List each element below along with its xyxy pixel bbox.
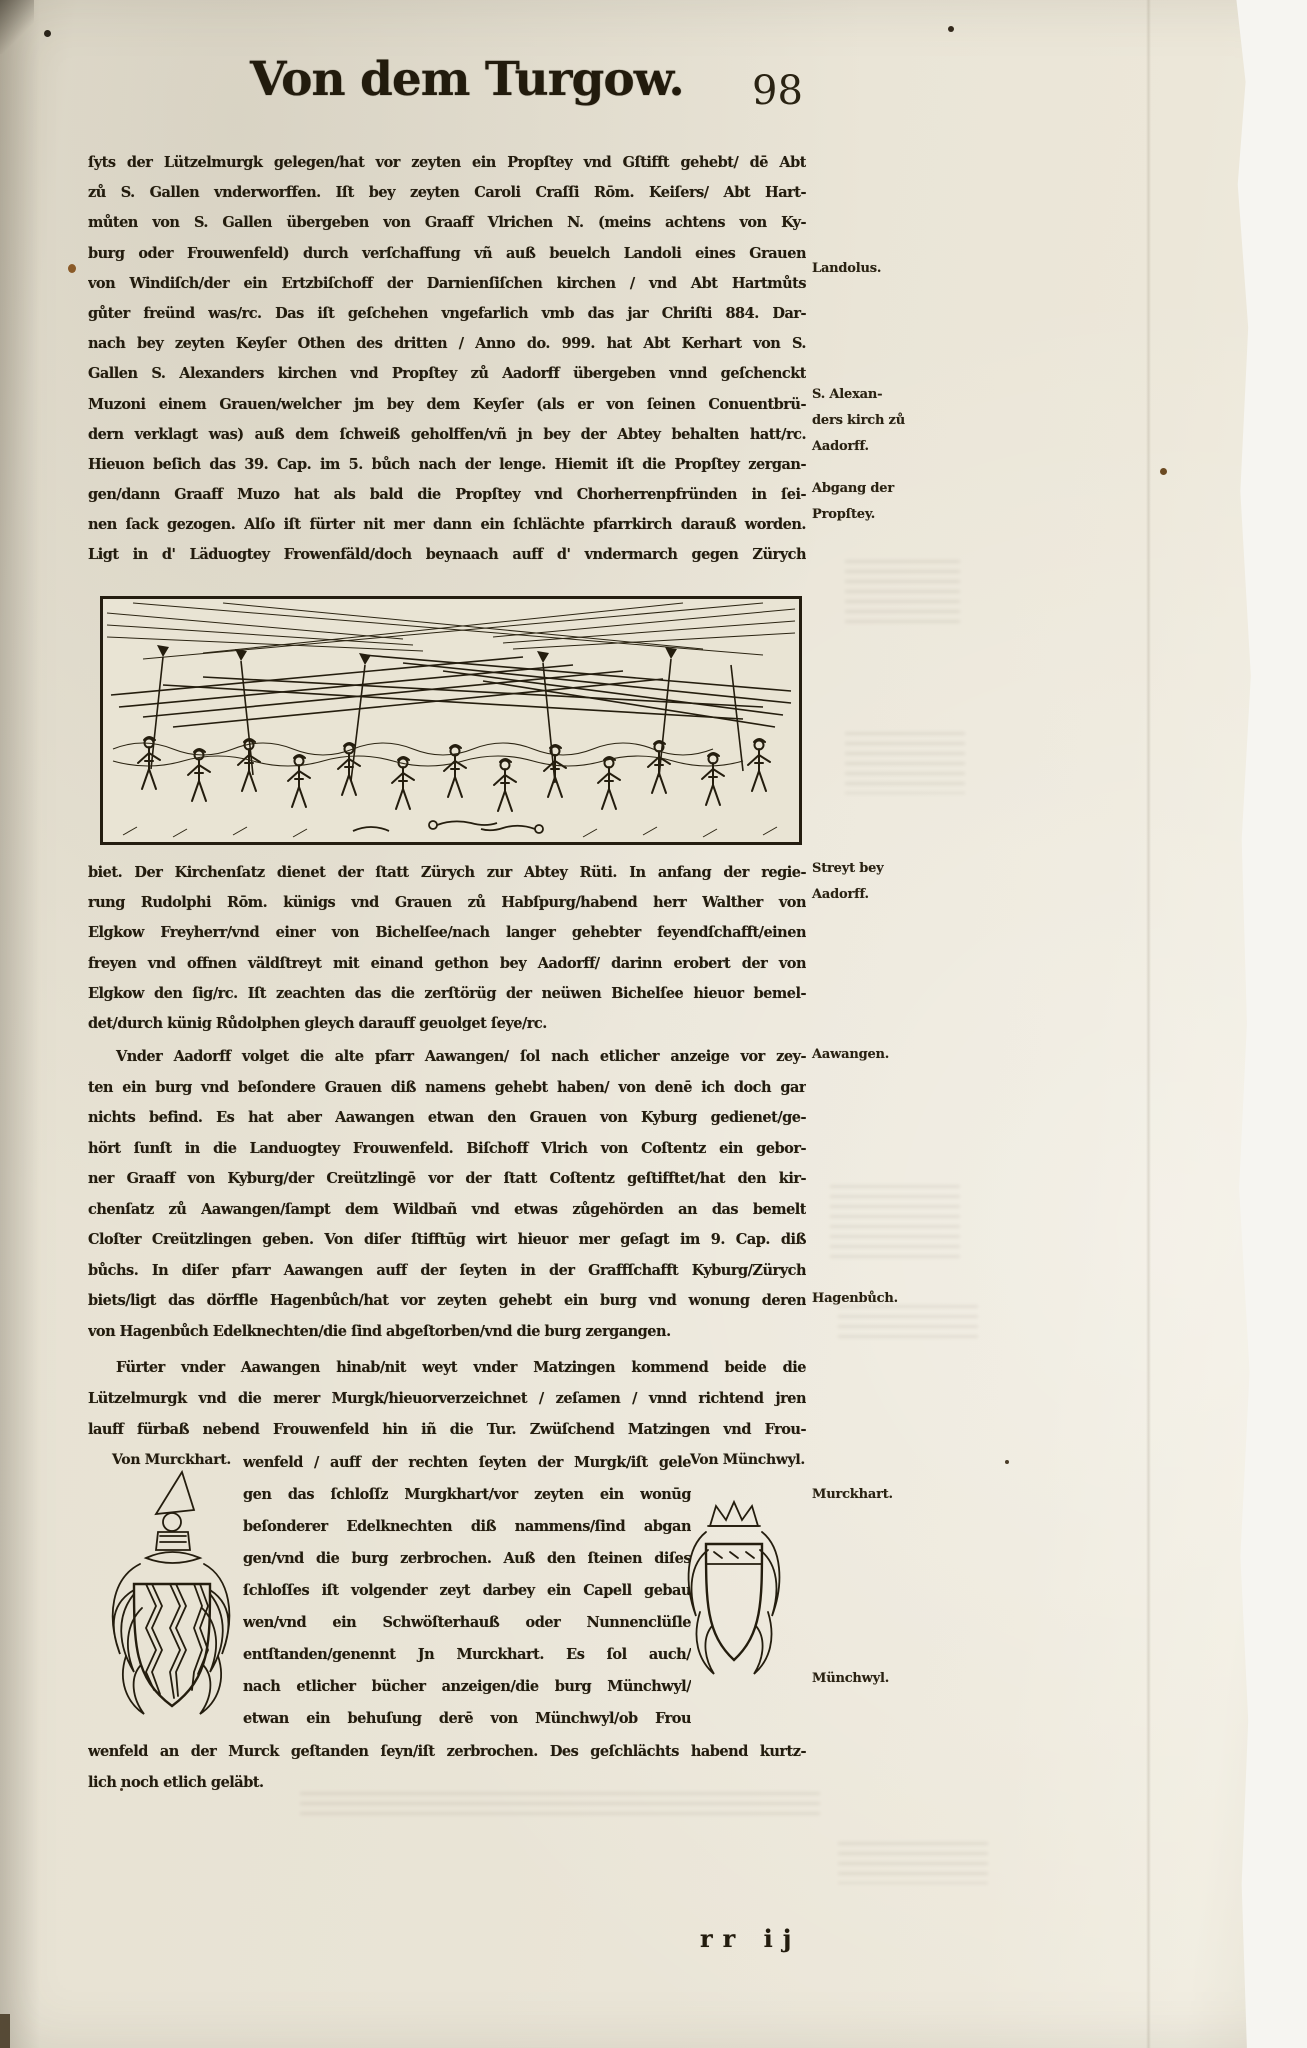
- text-line: freyen vnd offnen väldſtreyt mit einand …: [88, 949, 806, 979]
- text-line: von Windiſch/der ein Ertzbiſchoff der Da…: [88, 269, 806, 299]
- arms-label-right: Von Münchwyl.: [690, 1452, 820, 1468]
- text-line: Fürter vnder Aawangen hinab/nit weyt vnd…: [88, 1352, 806, 1383]
- text-line: Muzoni einem Grauen/welcher jm bey dem K…: [88, 390, 806, 420]
- signature-mark: rr ij: [700, 1924, 801, 1953]
- text-line: det/durch künig Růdolphen gleych darauff…: [88, 1009, 806, 1039]
- ink-speck: [1005, 1460, 1009, 1464]
- munchwyl-arms-illustration: [676, 1492, 792, 1750]
- text-line: Gallen S. Alexanders kirchen vnd Propſte…: [88, 359, 806, 389]
- show-through: [838, 1305, 978, 1345]
- text-line: ner Graaff von Kyburg/der Creützlingē vo…: [88, 1164, 806, 1195]
- ink-speck: [44, 30, 51, 37]
- margin-note-line: Abgang der: [812, 476, 962, 502]
- coat-of-arms-munchwyl: [676, 1492, 792, 1754]
- battle-scene-illustration: [103, 599, 799, 842]
- show-through: [838, 1842, 988, 1884]
- text-line: lauff fürbaß nebend Frouwenfeld hin iñ d…: [88, 1414, 806, 1445]
- edge-stain: [0, 2014, 10, 2048]
- show-through: [300, 1792, 820, 1816]
- show-through: [830, 1185, 960, 1263]
- coat-of-arms-murckhart: [90, 1466, 248, 1762]
- text-line: gen/dann Graaff Muzo hat als bald die Pr…: [88, 480, 806, 510]
- margin-note-streyt: Streyt bey Aadorff.: [812, 856, 962, 908]
- show-through: [845, 560, 960, 626]
- text-line: chenſatz zů Aawangen/ſampt dem Wildbañ v…: [88, 1195, 806, 1226]
- text-line: beſonderer Edelknechten diß nammens/ſind…: [243, 1511, 691, 1543]
- paragraph-4: Fürter vnder Aawangen hinab/nit weyt vnd…: [88, 1352, 806, 1445]
- margin-note-alexander: S. Alexan- ders kirch zů Aadorff.: [812, 382, 962, 460]
- closing-paragraph: wenfeld an der Murck geſtanden ſeyn/iſt …: [88, 1736, 806, 1798]
- margin-note-line: Propſtey.: [812, 502, 962, 528]
- battle-woodcut-frame: [100, 596, 802, 845]
- text-line: nichts befind. Es hat aber Aawangen etwa…: [88, 1103, 806, 1134]
- page-number: 98: [752, 68, 803, 114]
- text-line: wenfeld / auff der rechten ſeyten der Mu…: [243, 1447, 691, 1479]
- text-line: ten ein burg vnd beſondere Grauen diß na…: [88, 1073, 806, 1104]
- text-line: biet. Der Kirchenſatz dienet der ſtatt Z…: [88, 858, 806, 888]
- text-line: Lützelmurgk vnd die merer Murgk/hieuorve…: [88, 1383, 806, 1414]
- ink-speck: [120, 1788, 123, 1791]
- text-line: nach etlicher bücher anzeigen/die burg M…: [243, 1671, 691, 1703]
- murckhart-arms-illustration: [90, 1466, 248, 1758]
- text-line: dern verklagt was) auß dem ſchweiß gehol…: [88, 420, 806, 450]
- paragraph-2: biet. Der Kirchenſatz dienet der ſtatt Z…: [88, 858, 806, 1039]
- text-line: gůter freünd was/rc. Das iſt geſchehen v…: [88, 299, 806, 329]
- text-line: gen/vnd die burg zerbrochen. Auß den ſte…: [243, 1543, 691, 1575]
- text-line: zů S. Gallen vnderworffen. Iſt bey zeyte…: [88, 178, 806, 208]
- margin-note-murckhart: Murckhart.: [812, 1482, 962, 1508]
- text-line: biets/ligt das dörffle Hagenbůch/hat vor…: [88, 1286, 806, 1317]
- text-line: Ligt in d' Läduogtey Frowenfäld/doch bey…: [88, 540, 806, 570]
- text-line: ſyts der Lützelmurgk gelegen/hat vor zey…: [88, 148, 806, 178]
- text-line: Cloſter Creützlingen geben. Von diſer ſt…: [88, 1225, 806, 1256]
- text-line: von Hagenbůch Edelknechten/die ſind abge…: [88, 1317, 806, 1348]
- show-through: [845, 732, 965, 794]
- margin-note-line: Aadorff.: [812, 434, 962, 460]
- text-line: bůchs. In diſer pfarr Aawangen auff der …: [88, 1256, 806, 1287]
- text-line: hört ſunſt in die Landuogtey Frouwenfeld…: [88, 1134, 806, 1165]
- text-line: etwan ein behuſung derē von Münchwyl/ob …: [243, 1703, 691, 1735]
- text-line: burg oder Frouwenfeld) durch verſchaffun…: [88, 239, 806, 269]
- rust-spot: [1160, 468, 1167, 475]
- margin-note-munchwyl: Münchwyl.: [812, 1666, 962, 1692]
- text-line: Elgkow den ſig/rc. Iſt zeachten das die …: [88, 979, 806, 1009]
- text-line: nach bey zeyten Keyſer Othen des dritten…: [88, 329, 806, 359]
- photo-background: Von dem Turgow. 98 ſyts der Lützelmurgk …: [0, 0, 1307, 2048]
- text-line: entſtanden/genennt Jn Murckhart. Es ſol …: [243, 1639, 691, 1671]
- paper-crease: [1146, 0, 1151, 2048]
- text-line: Elgkow Freyherr/vnd einer von Bichelſee/…: [88, 918, 806, 948]
- arms-text-column: wenfeld / auff der rechten ſeyten der Mu…: [243, 1447, 691, 1735]
- ink-speck: [948, 26, 954, 32]
- text-line: gen das ſchloſſz Murgkhart/vor zeyten ei…: [243, 1479, 691, 1511]
- margin-note-line: ders kirch zů: [812, 408, 962, 434]
- paragraph-1: ſyts der Lützelmurgk gelegen/hat vor zey…: [88, 148, 806, 571]
- margin-note-line: Aadorff.: [812, 882, 962, 908]
- text-line: můten von S. Gallen übergeben von Graaff…: [88, 208, 806, 238]
- text-line: wen/vnd ein Schwöſterhauß oder Nunnenclü…: [243, 1607, 691, 1639]
- page-corner-shadow: [0, 0, 34, 54]
- text-line: nen ſack gezogen. Alſo iſt fürter nit me…: [88, 510, 806, 540]
- text-line: ſchloſſes iſt volgender zeyt darbey ein …: [243, 1575, 691, 1607]
- page-title: Von dem Turgow.: [250, 52, 670, 107]
- page-left-shadow: [0, 0, 40, 2048]
- margin-note-line: Streyt bey: [812, 856, 962, 882]
- margin-note-landolus: Landolus.: [812, 256, 962, 282]
- text-line: wenfeld an der Murck geſtanden ſeyn/iſt …: [88, 1736, 806, 1767]
- text-line: Vnder Aadorff volget die alte pfarr Aawa…: [88, 1042, 806, 1073]
- rust-spot: [68, 264, 76, 273]
- text-line: rung Rudolphi Rōm. künigs vnd Grauen zů …: [88, 888, 806, 918]
- margin-note-aawangen: Aawangen.: [812, 1042, 962, 1068]
- margin-note-line: S. Alexan-: [812, 382, 962, 408]
- text-line: Hieuon beſich das 39. Cap. im 5. bůch na…: [88, 450, 806, 480]
- margin-note-abgang: Abgang der Propſtey.: [812, 476, 962, 528]
- paragraph-3: Vnder Aadorff volget die alte pfarr Aawa…: [88, 1042, 806, 1347]
